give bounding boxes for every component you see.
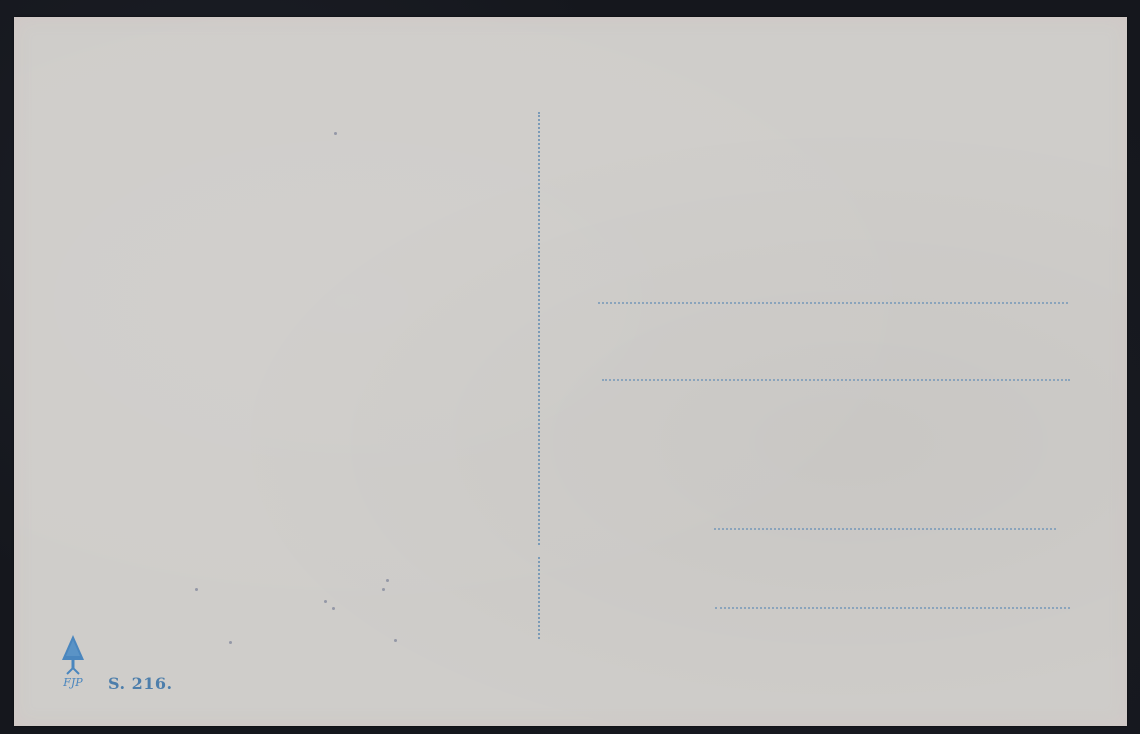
ink-speck (324, 600, 327, 603)
address-line-2 (602, 379, 1070, 381)
address-line-1 (598, 302, 1068, 304)
postcard-back: FJP S. 216. (14, 17, 1127, 726)
ink-speck (334, 132, 337, 135)
series-number: S. 216. (108, 674, 173, 693)
ink-speck (332, 607, 335, 610)
address-line-4 (715, 607, 1070, 609)
tree-logo-icon: FJP (58, 634, 88, 690)
ink-speck (382, 588, 385, 591)
publisher-initials: FJP (62, 676, 83, 689)
publisher-logo: FJP (58, 634, 88, 690)
ink-speck (394, 639, 397, 642)
ink-speck (386, 579, 389, 582)
address-line-3 (714, 528, 1056, 530)
center-divider-lower (538, 557, 540, 639)
ink-speck (229, 641, 232, 644)
center-divider-upper (538, 112, 540, 545)
ink-speck (195, 588, 198, 591)
